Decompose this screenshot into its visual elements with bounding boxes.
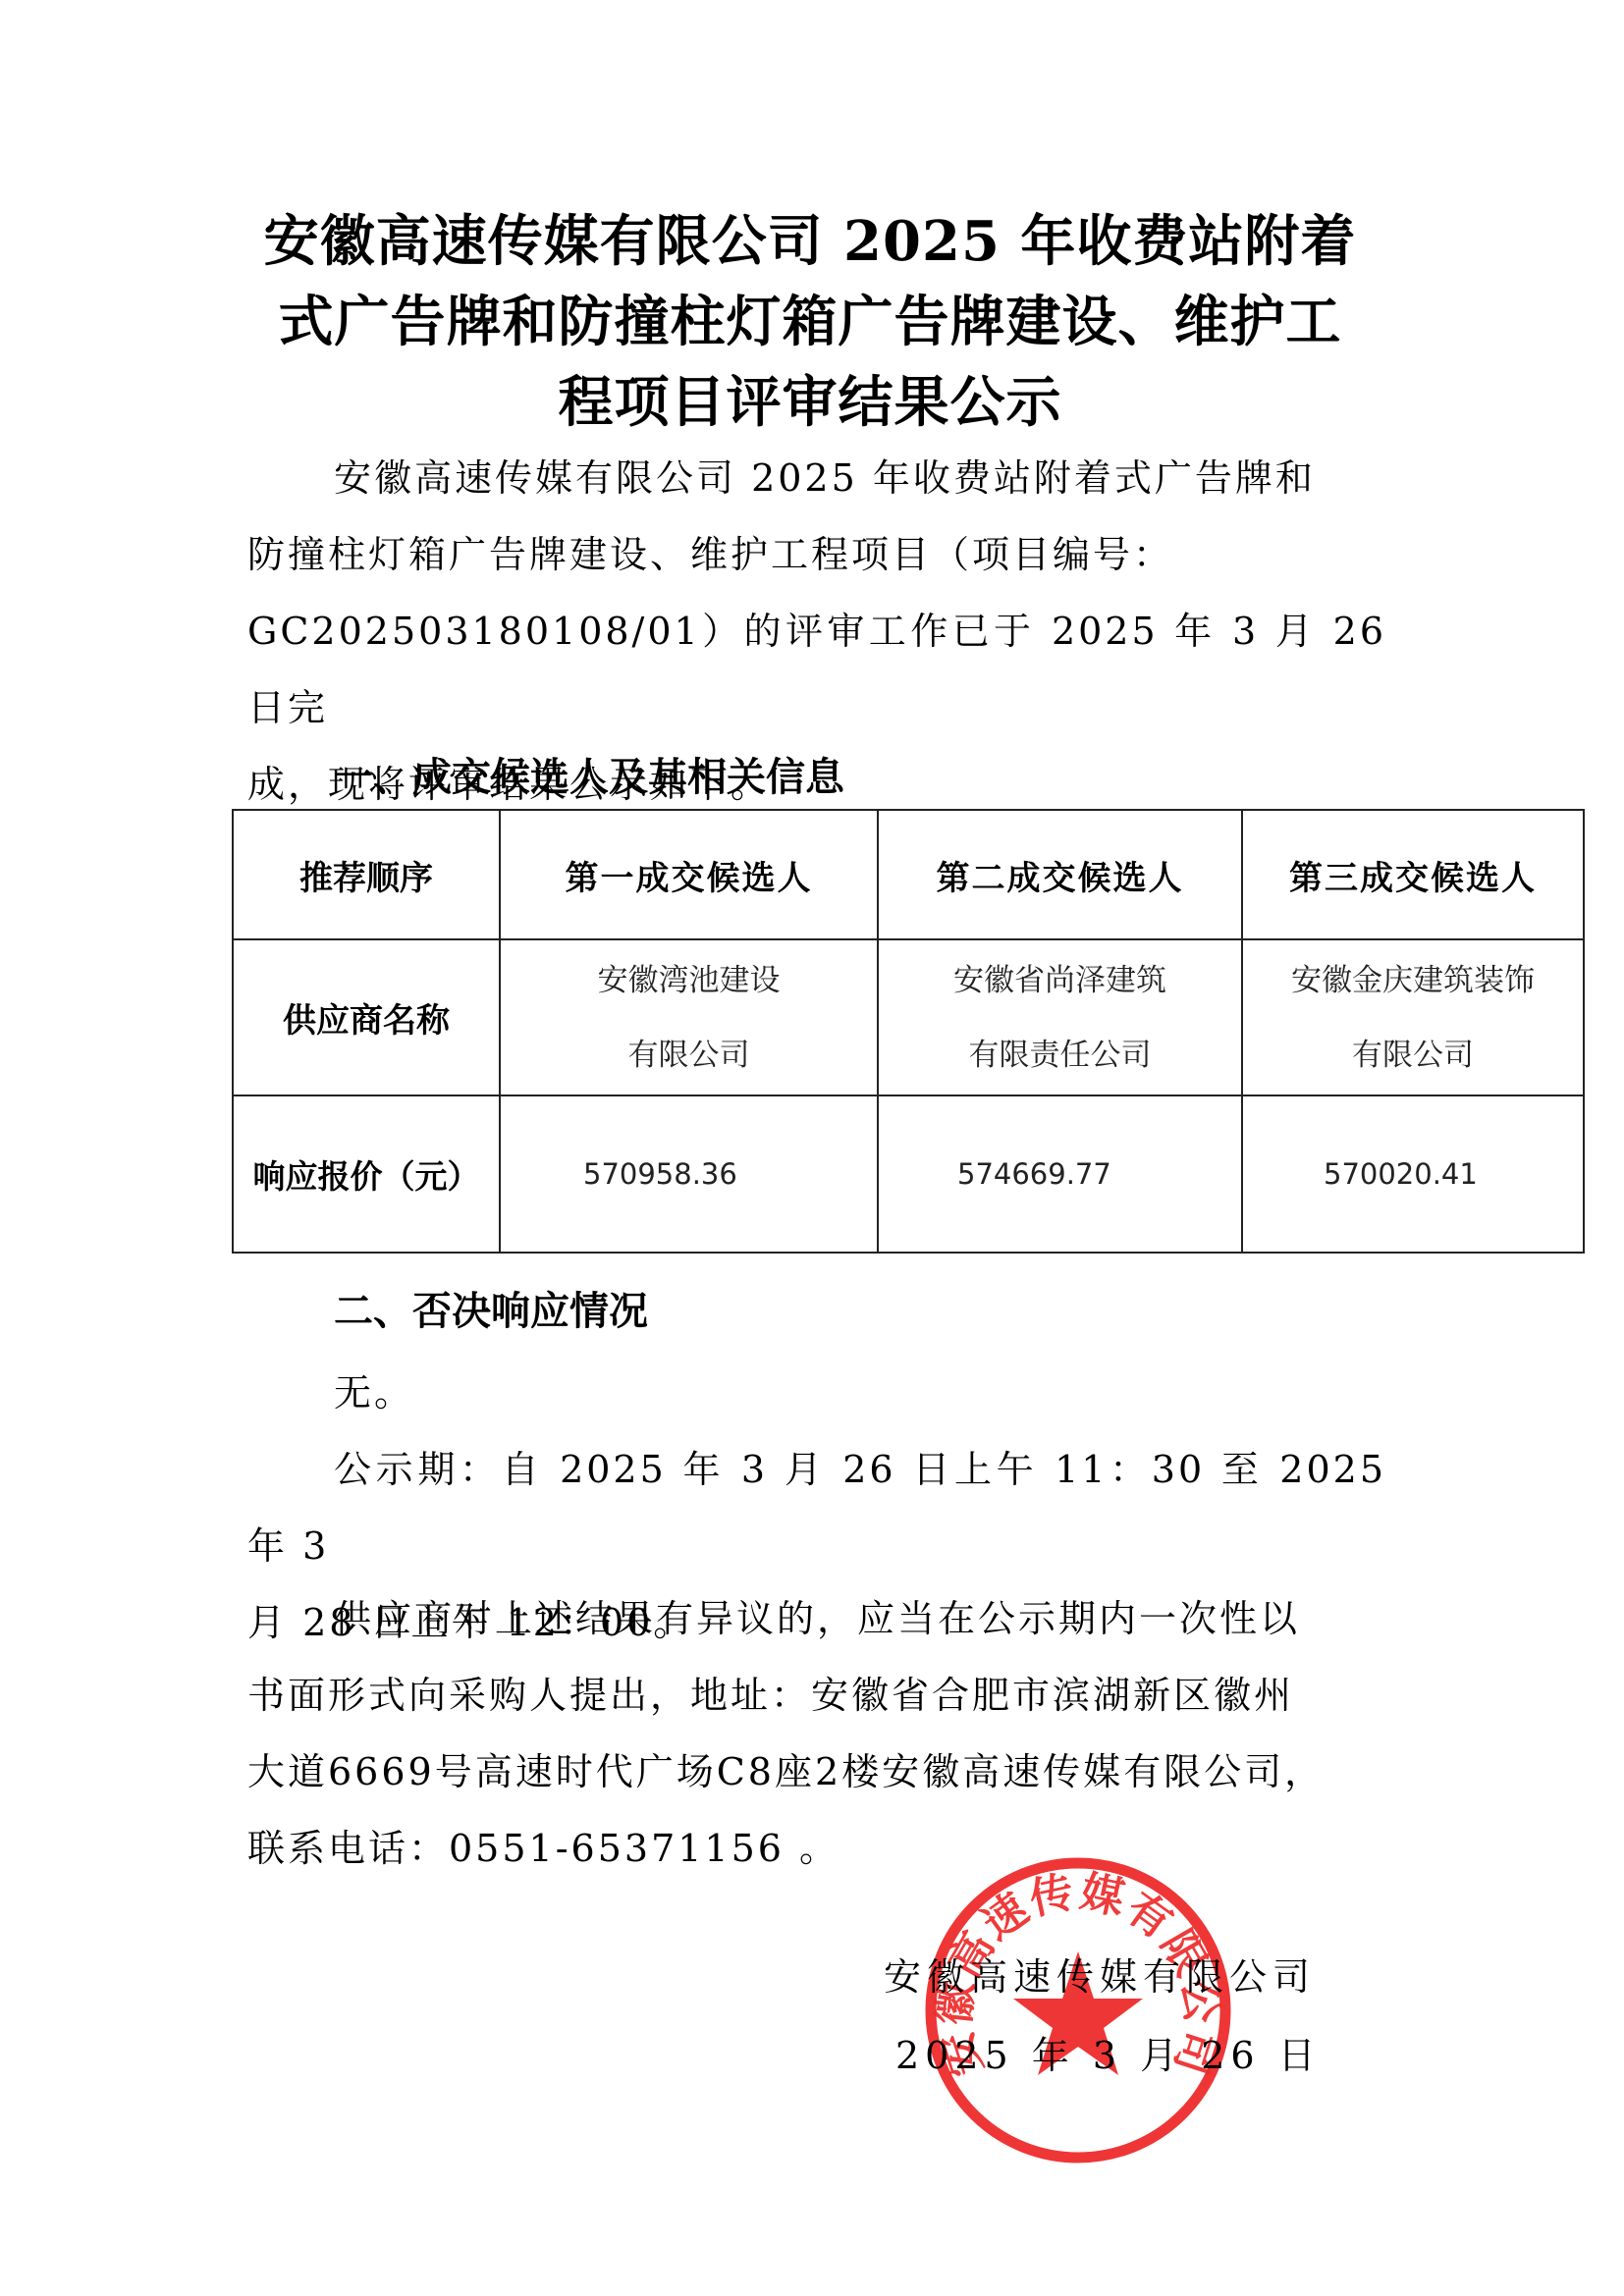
- row-header-supplier: 供应商名称: [233, 939, 500, 1095]
- rejections-text: 无。: [247, 1355, 1386, 1431]
- table-row-price: 响应报价（元） 570958.36 574669.77 570020.41: [233, 1095, 1584, 1253]
- section-heading-candidates: 一、成交候选人及其相关信息: [334, 748, 844, 807]
- column-header-third: 第三成交候选人: [1242, 810, 1584, 939]
- objection-line: 供应商对上述结果有异议的，应当在公示期内一次性以: [247, 1580, 1386, 1657]
- document-title: 安徽高速传媒有限公司 2025 年收费站附着 式广告牌和防撞柱灯箱广告牌建设、维…: [236, 201, 1384, 443]
- supplier-name-line: 安徽湾池建设: [502, 943, 876, 1018]
- table-row-rank: 推荐顺序 第一成交候选人 第二成交候选人 第三成交候选人: [233, 810, 1584, 939]
- title-line: 式广告牌和防撞柱灯箱广告牌建设、维护工: [236, 282, 1384, 362]
- official-seal-icon: 安徽高速传媒有限公司: [921, 1853, 1235, 2167]
- table-row-supplier: 供应商名称 安徽湾池建设 有限公司 安徽省尚泽建筑 有限责任公司 安徽金庆建筑装…: [233, 939, 1584, 1095]
- section-heading-rejections: 二、否决响应情况: [334, 1282, 648, 1341]
- candidates-table: 推荐顺序 第一成交候选人 第二成交候选人 第三成交候选人 供应商名称 安徽湾池建…: [232, 809, 1585, 1254]
- intro-line: GC202503180108/01）的评审工作已于 2025 年 3 月 26 …: [247, 593, 1386, 746]
- rejections-body: 无。: [247, 1355, 1386, 1431]
- price-second: 574669.77: [878, 1095, 1242, 1253]
- supplier-name-first: 安徽湾池建设 有限公司: [500, 939, 878, 1095]
- column-header-first: 第一成交候选人: [500, 810, 878, 939]
- price-third: 570020.41: [1242, 1095, 1584, 1253]
- row-header-price: 响应报价（元）: [233, 1095, 500, 1253]
- column-header-second: 第二成交候选人: [878, 810, 1242, 939]
- supplier-name-line: 安徽金庆建筑装饰: [1244, 943, 1582, 1018]
- price-first: 570958.36: [500, 1095, 878, 1253]
- row-header-rank: 推荐顺序: [233, 810, 500, 939]
- intro-line: 防撞柱灯箱广告牌建设、维护工程项目（项目编号：: [247, 516, 1386, 593]
- signature-company: 安徽高速传媒有限公司: [884, 1948, 1316, 2006]
- objection-paragraph: 供应商对上述结果有异议的，应当在公示期内一次性以 书面形式向采购人提出，地址：安…: [247, 1580, 1386, 1887]
- intro-line: 安徽高速传媒有限公司 2025 年收费站附着式广告牌和: [247, 440, 1386, 516]
- objection-line: 大道6669号高速时代广场C8座2楼安徽高速传媒有限公司，: [247, 1734, 1386, 1810]
- supplier-name-line: 有限责任公司: [880, 1018, 1240, 1093]
- supplier-name-line: 有限公司: [1244, 1018, 1582, 1093]
- supplier-name-third: 安徽金庆建筑装饰 有限公司: [1242, 939, 1584, 1095]
- supplier-name-line: 安徽省尚泽建筑: [880, 943, 1240, 1018]
- signature-date: 2025 年 3 月 26 日: [895, 2026, 1322, 2085]
- objection-line: 书面形式向采购人提出，地址：安徽省合肥市滨湖新区徽州: [247, 1657, 1386, 1734]
- publicity-line: 公示期：自 2025 年 3 月 26 日上午 11：30 至 2025 年 3: [247, 1431, 1386, 1584]
- supplier-name-line: 有限公司: [502, 1018, 876, 1093]
- title-line: 程项目评审结果公示: [236, 362, 1384, 443]
- supplier-name-second: 安徽省尚泽建筑 有限责任公司: [878, 939, 1242, 1095]
- title-line: 安徽高速传媒有限公司 2025 年收费站附着: [236, 201, 1384, 282]
